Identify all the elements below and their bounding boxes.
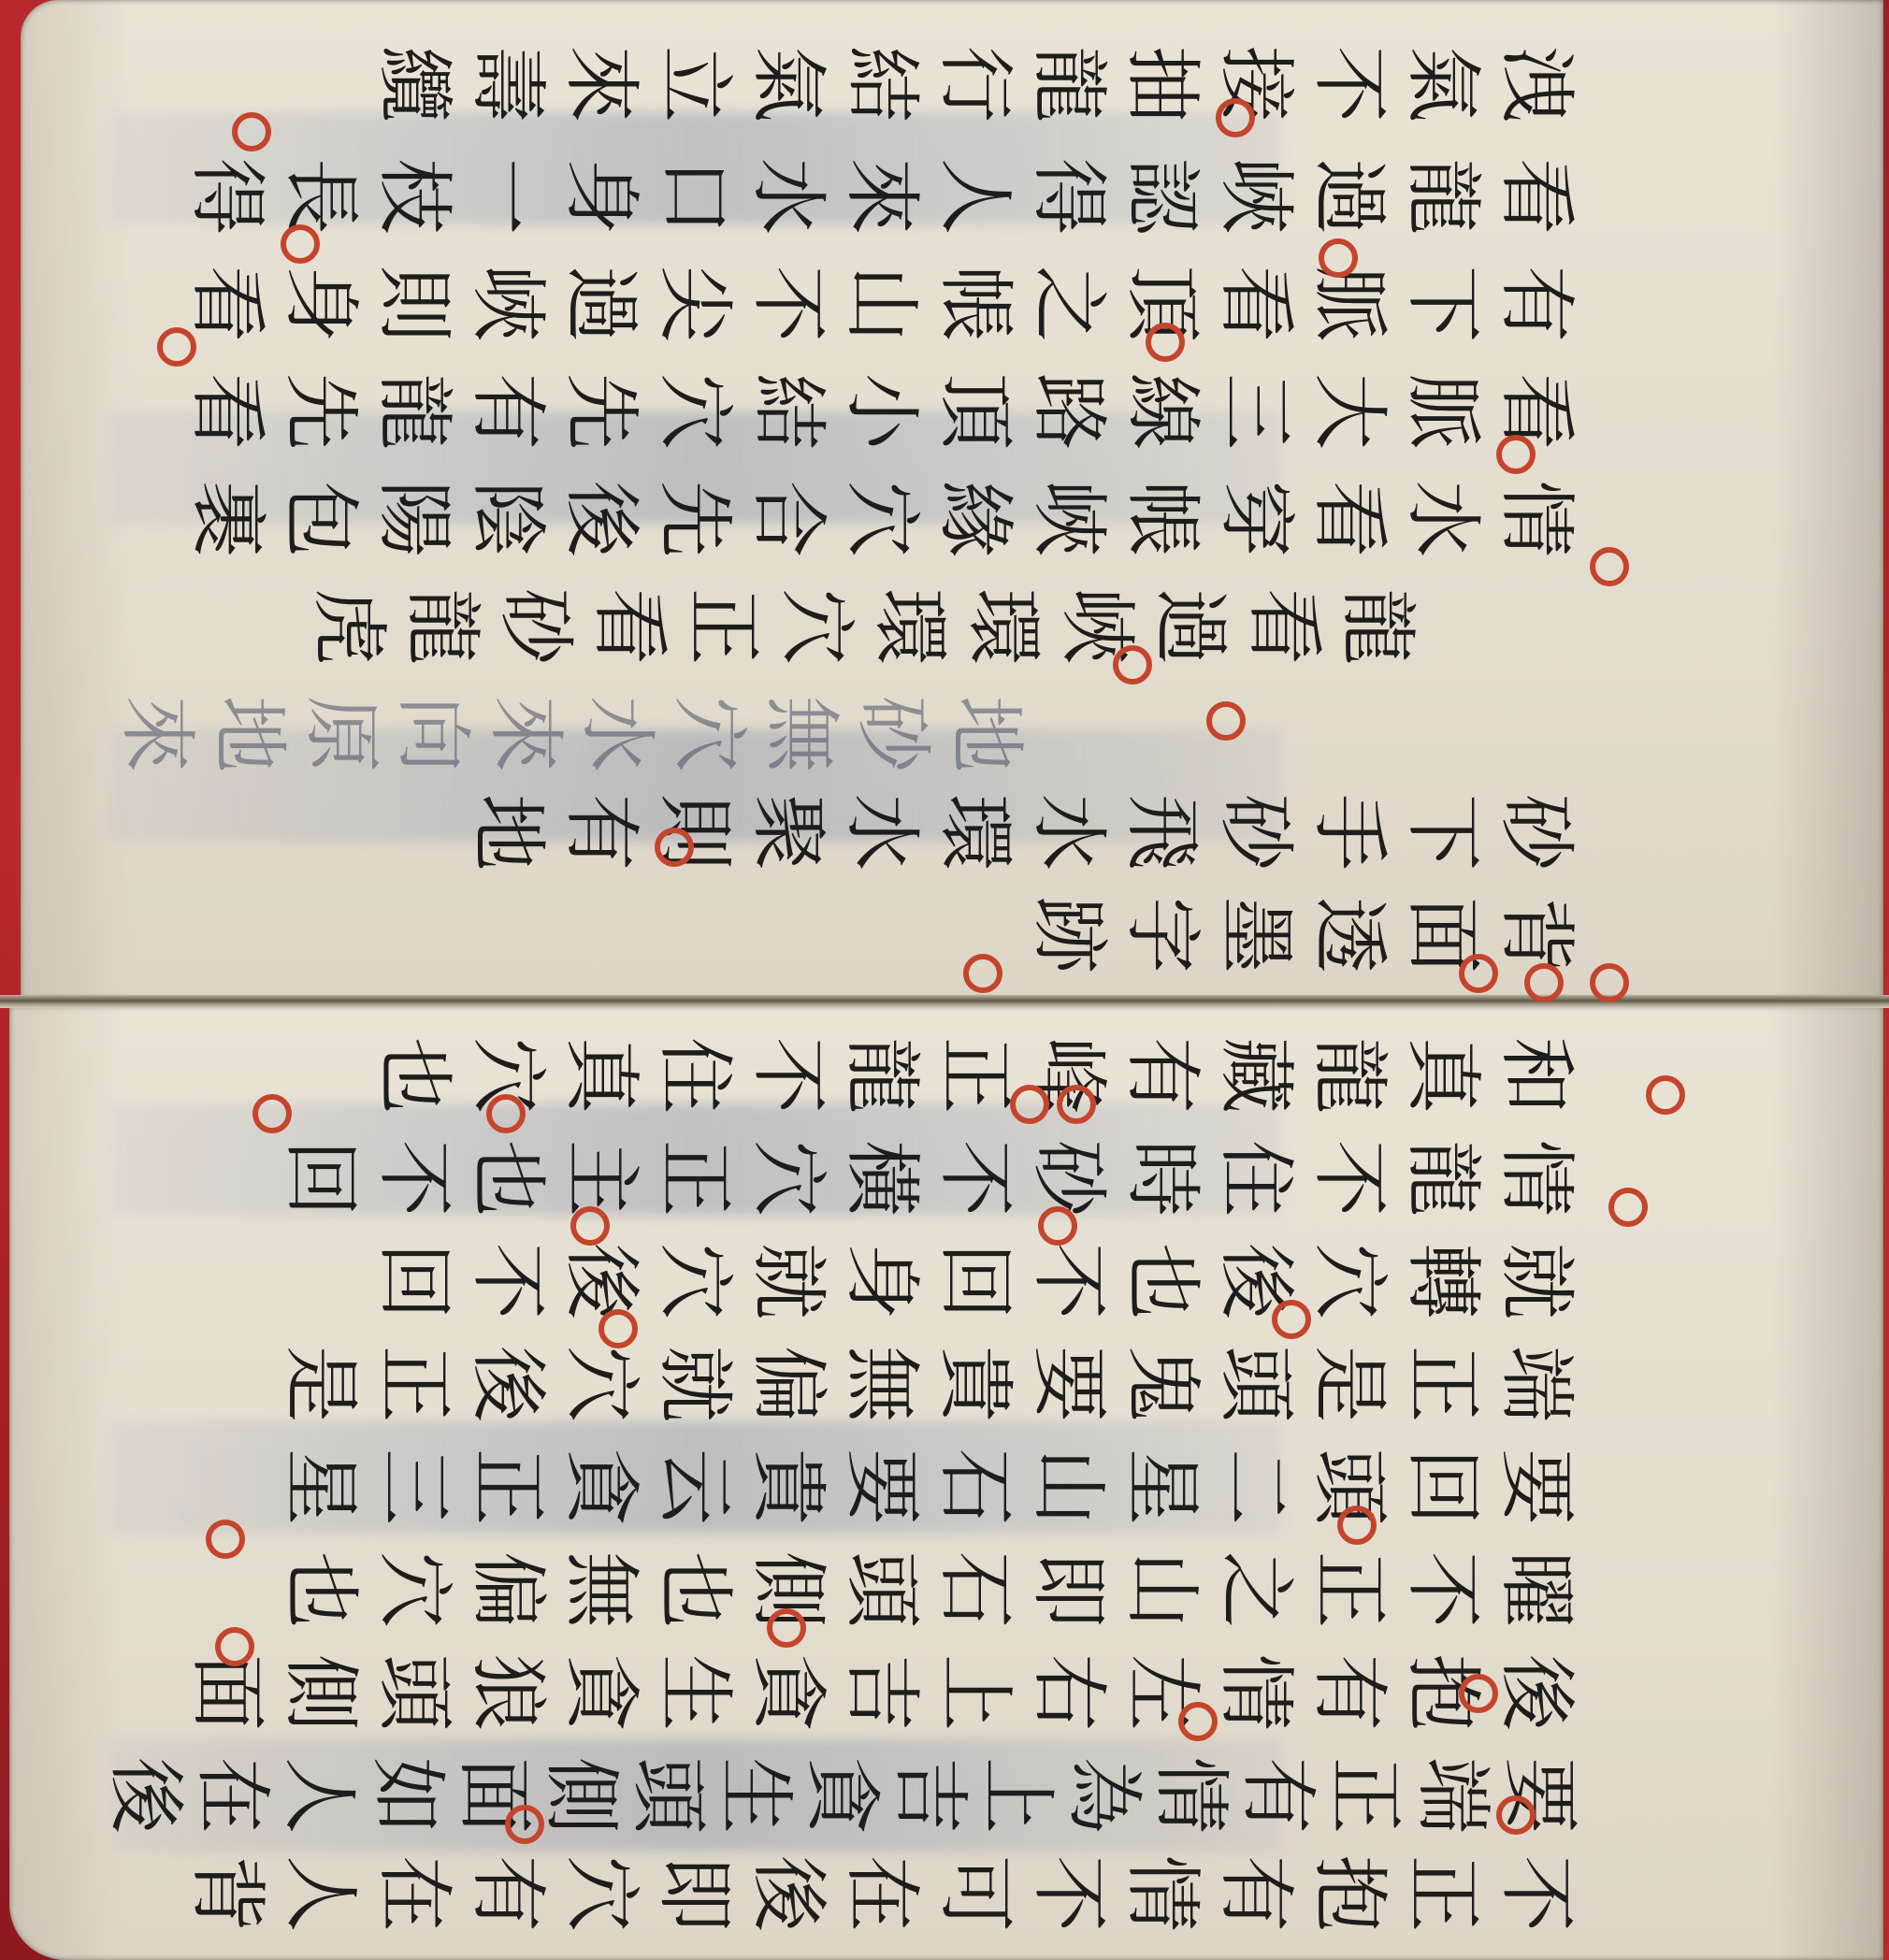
manuscript-character: 行	[930, 39, 1019, 129]
manuscript-character: 側	[275, 1648, 365, 1737]
manuscript-character: 峽	[1023, 474, 1113, 564]
manuscript-character: 砂	[1210, 787, 1300, 877]
manuscript-character: 要	[1491, 1442, 1580, 1532]
manuscript-character: 在	[187, 1753, 277, 1837]
manuscript-character: 情	[1210, 1648, 1300, 1737]
manuscript-character: 看	[181, 259, 271, 349]
manuscript-character: 有	[1210, 1849, 1300, 1938]
manuscript-character: 看	[1238, 582, 1328, 671]
manuscript-character: 端	[1491, 1339, 1580, 1429]
manuscript-character: 水	[743, 151, 832, 241]
manuscript-character: 砂	[1491, 787, 1580, 877]
manuscript-character: 正	[368, 1339, 458, 1429]
manuscript-character: 無	[756, 690, 845, 778]
red-circle-mark	[1206, 701, 1246, 741]
manuscript-character: 山	[1023, 1442, 1113, 1532]
manuscript-character: 氣	[743, 39, 832, 129]
manuscript-character: 星	[275, 1442, 365, 1532]
manuscript-character: 生	[649, 1648, 739, 1737]
manuscript-character: 不	[743, 259, 832, 349]
manuscript-character: 跡	[1023, 890, 1113, 980]
manuscript-character: 有	[1233, 1753, 1322, 1837]
manuscript-character: 龍	[1023, 39, 1113, 129]
red-circle-mark	[1459, 954, 1498, 993]
red-circle-mark	[1319, 238, 1358, 278]
manuscript-character: 有	[555, 787, 645, 877]
manuscript-character: 右	[1023, 1648, 1113, 1737]
text-column: 後抱有情左右上吉貪生貪狼頭側面	[103, 1646, 1580, 1739]
manuscript-character: 人	[930, 151, 1019, 241]
red-circle-mark	[486, 1094, 526, 1133]
manuscript-character: 為	[1059, 1753, 1148, 1837]
manuscript-character: 有	[1304, 1648, 1393, 1737]
manuscript-character: 穴	[368, 1545, 458, 1635]
red-circle-mark	[1590, 547, 1629, 586]
manuscript-character: 聚	[743, 787, 832, 877]
manuscript-character: 口	[649, 151, 739, 241]
manuscript-character: 不	[1023, 1236, 1113, 1326]
manuscript-character: 則	[368, 259, 458, 349]
manuscript-character: 情	[1117, 1849, 1206, 1938]
manuscript-character: 不	[368, 1133, 458, 1223]
manuscript-character: 偏	[462, 1545, 552, 1635]
manuscript-character: 陽	[368, 474, 458, 564]
manuscript-character: 是	[1304, 1339, 1393, 1429]
manuscript-character: 無	[555, 1545, 645, 1635]
manuscript-character: 在	[836, 1849, 926, 1938]
text-column: 情水看穿帳峽緣穴合先後陰陽包裹	[103, 472, 1580, 566]
manuscript-character: 過	[555, 259, 645, 349]
manuscript-character: 真	[1397, 1030, 1487, 1120]
manuscript-character: 一	[462, 151, 552, 241]
manuscript-character: 身	[836, 1236, 926, 1326]
text-column: 洩氣不接抽龍行結氣立來壽纜	[103, 37, 1580, 131]
red-circle-mark	[157, 327, 196, 367]
manuscript-character: 不	[462, 1236, 552, 1326]
manuscript-character: 貪	[743, 1648, 832, 1737]
manuscript-character: 情	[1146, 1753, 1235, 1837]
manuscript-character: 龍	[1332, 582, 1421, 671]
manuscript-character: 先	[555, 367, 645, 456]
manuscript-character: 正	[677, 582, 767, 671]
manuscript-character: 不	[930, 1133, 1019, 1223]
manuscript-character: 穴	[771, 582, 860, 671]
manuscript-character: 也	[1117, 1236, 1206, 1326]
red-circle-mark	[1146, 323, 1185, 362]
text-column: 情龍不住時砂不橫穴正主也不回	[103, 1131, 1580, 1225]
manuscript-character: 即	[649, 1849, 739, 1938]
manuscript-character: 住	[649, 1030, 739, 1120]
manuscript-character: 狼	[462, 1648, 552, 1737]
manuscript-character: 看	[584, 582, 673, 671]
manuscript-character: 透	[1304, 890, 1393, 980]
manuscript-character: 認	[1117, 151, 1206, 241]
red-circle-mark	[1337, 1506, 1377, 1545]
manuscript-character: 住	[1210, 1133, 1300, 1223]
text-column: 看龍過峽認得人來水口身一枝長得	[103, 150, 1580, 243]
manuscript-character: 情	[1491, 1133, 1580, 1223]
manuscript-character: 就	[1491, 1236, 1580, 1326]
text-column: 龍看過峽環環穴正看砂龍虎	[112, 580, 1421, 673]
manuscript-character: 龍	[836, 1030, 926, 1120]
manuscript-character: 後	[462, 1339, 552, 1429]
manuscript-character: 頭	[623, 1753, 713, 1837]
text-column: 有下脈看頂之帳山不尖過峽則身看	[103, 257, 1580, 351]
manuscript-character: 壽	[462, 39, 552, 129]
manuscript-character: 環	[958, 582, 1047, 671]
manuscript-character: 也	[462, 1133, 552, 1223]
manuscript-character: 水	[1023, 787, 1113, 877]
manuscript-character: 就	[743, 1236, 832, 1326]
manuscript-character: 結	[743, 367, 832, 456]
manuscript-character: 正	[1304, 1545, 1393, 1635]
red-circle-mark	[1272, 1300, 1311, 1339]
text-column: 就轉穴後也不回身就穴後不回	[103, 1234, 1580, 1328]
manuscript-character: 穴	[743, 1133, 832, 1223]
manuscript-character: 正	[1319, 1753, 1409, 1837]
manuscript-character: 穴	[555, 1339, 645, 1429]
manuscript-character: 身	[275, 259, 365, 349]
manuscript-character: 環	[930, 787, 1019, 877]
manuscript-character: 後	[555, 474, 645, 564]
manuscript-character: 來	[111, 690, 201, 778]
red-circle-mark	[1113, 645, 1152, 685]
manuscript-character: 不	[1491, 1849, 1580, 1938]
red-circle-mark	[1010, 1085, 1049, 1124]
red-circle-mark	[655, 828, 694, 867]
manuscript-character: 手	[1304, 787, 1393, 877]
manuscript-character: 上	[971, 1753, 1060, 1837]
red-circle-mark	[505, 1805, 544, 1844]
red-circle-mark	[1038, 1206, 1077, 1246]
manuscript-character: 回	[275, 1133, 365, 1223]
text-column: 看脈大三線路頂小結穴先有龍先看	[103, 365, 1580, 458]
manuscript-character: 正	[649, 1133, 739, 1223]
red-circle-mark	[570, 1206, 610, 1246]
red-circle-mark	[963, 954, 1002, 993]
manuscript-character: 和	[1491, 1030, 1580, 1120]
red-circle-mark	[252, 1094, 292, 1133]
manuscript-character: 有	[462, 367, 552, 456]
manuscript-character: 上	[930, 1648, 1019, 1737]
red-circle-mark	[1216, 98, 1255, 137]
manuscript-character: 真	[555, 1030, 645, 1120]
manuscript-character: 頭	[368, 1648, 458, 1737]
manuscript-character: 二	[1210, 1442, 1300, 1532]
manuscript-character: 時	[1117, 1133, 1206, 1223]
red-circle-mark	[232, 112, 271, 151]
manuscript-character: 帳	[930, 259, 1019, 349]
manuscript-character: 貴	[743, 1442, 832, 1532]
manuscript-character: 得	[181, 151, 271, 241]
manuscript-character: 正	[462, 1442, 552, 1532]
manuscript-character: 穴	[664, 690, 754, 778]
red-circle-mark	[215, 1627, 254, 1666]
manuscript-character: 三	[368, 1442, 458, 1532]
manuscript-character: 大	[1304, 367, 1393, 456]
manuscript-character: 墨	[1210, 890, 1300, 980]
manuscript-character: 地	[462, 787, 552, 877]
manuscript-character: 脈	[1397, 367, 1487, 456]
red-circle-mark	[598, 1309, 638, 1348]
manuscript-character: 抱	[1304, 1849, 1393, 1938]
manuscript-character: 頂	[930, 367, 1019, 456]
manuscript-character: 來	[555, 39, 645, 129]
manuscript-character: 水	[836, 787, 926, 877]
manuscript-character: 回	[368, 1236, 458, 1326]
manuscript-character: 穴	[555, 1849, 645, 1938]
red-circle-mark	[206, 1520, 245, 1559]
manuscript-character: 龍	[1397, 1133, 1487, 1223]
manuscript-character: 背	[181, 1849, 271, 1938]
manuscript-character: 人	[275, 1849, 365, 1938]
manuscript-character: 是	[275, 1339, 365, 1429]
manuscript-character: 陰	[462, 474, 552, 564]
manuscript-character: 飛	[1117, 787, 1206, 877]
manuscript-character: 橫	[836, 1133, 926, 1223]
red-circle-mark	[1590, 963, 1629, 1002]
manuscript-character: 回	[1397, 1442, 1487, 1532]
manuscript-character: 先	[649, 474, 739, 564]
manuscript-character: 石	[930, 1442, 1019, 1532]
manuscript-character: 結	[836, 39, 926, 129]
manuscript-character: 不	[1304, 39, 1393, 129]
manuscript-character: 看	[1304, 474, 1393, 564]
manuscript-character: 正	[1397, 1339, 1487, 1429]
manuscript-character: 枝	[368, 151, 458, 241]
manuscript-character: 轉	[1397, 1236, 1487, 1326]
manuscript-character: 穴	[649, 367, 739, 456]
red-circle-mark	[1646, 1075, 1685, 1115]
manuscript-character: 端	[1406, 1753, 1496, 1837]
manuscript-character: 合	[743, 474, 832, 564]
manuscript-character: 看	[1210, 259, 1300, 349]
manuscript-character: 山	[1117, 1545, 1206, 1635]
manuscript-character: 不	[1397, 1545, 1487, 1635]
manuscript-character: 情	[1491, 474, 1580, 564]
manuscript-character: 有	[1491, 259, 1580, 349]
manuscript-character: 氣	[1397, 39, 1487, 129]
manuscript-character: 下	[1397, 259, 1487, 349]
red-circle-mark	[767, 1608, 806, 1648]
manuscript-character: 穴	[649, 1236, 739, 1326]
manuscript-character: 字	[1117, 890, 1206, 980]
manuscript-character: 即	[1023, 1545, 1113, 1635]
manuscript-character: 洩	[1491, 39, 1580, 129]
manuscript-character: 偏	[743, 1339, 832, 1429]
manuscript-character: 貪	[555, 1442, 645, 1532]
manuscript-character: 虎	[303, 582, 393, 671]
manuscript-character: 不	[1023, 1849, 1113, 1938]
manuscript-character: 也	[368, 1030, 458, 1120]
manuscript-character: 水	[571, 690, 661, 778]
red-circle-mark	[1459, 1674, 1498, 1713]
manuscript-character: 砂	[847, 690, 937, 778]
manuscript-character: 貪	[797, 1753, 887, 1837]
manuscript-character: 如	[361, 1753, 451, 1837]
manuscript-character: 頭	[1210, 1339, 1300, 1429]
manuscript-character: 下	[1397, 787, 1487, 877]
manuscript-character: 帳	[1117, 474, 1206, 564]
manuscript-character: 生	[710, 1753, 800, 1837]
manuscript-character: 過	[1145, 582, 1234, 671]
manuscript-character: 有	[462, 1849, 552, 1938]
manuscript-character: 山	[836, 259, 926, 349]
manuscript-character: 星	[1117, 1442, 1206, 1532]
manuscript-character: 線	[1117, 367, 1206, 456]
manuscript-character: 峽	[1210, 151, 1300, 241]
manuscript-character: 龍	[397, 582, 486, 671]
manuscript-character: 吉	[884, 1753, 973, 1837]
red-circle-mark	[281, 224, 320, 264]
manuscript-character: 之	[1210, 1545, 1300, 1635]
manuscript-character: 有	[1117, 1030, 1206, 1120]
manuscript-character: 抽	[1117, 39, 1206, 129]
manuscript-character: 地	[940, 690, 1030, 778]
manuscript-character: 峽	[462, 259, 552, 349]
manuscript-character: 小	[836, 367, 926, 456]
manuscript-character: 三	[1210, 367, 1300, 456]
manuscript-character: 緣	[930, 474, 1019, 564]
manuscript-character: 側	[536, 1753, 626, 1837]
red-circle-mark	[1496, 435, 1536, 474]
manuscript-character: 裹	[181, 474, 271, 564]
text-column: 不正抱有情不可在後即穴有在人背	[103, 1847, 1580, 1940]
manuscript-character: 看	[1491, 151, 1580, 241]
manuscript-character: 不	[1304, 1133, 1393, 1223]
manuscript-character: 回	[930, 1236, 1019, 1326]
red-circle-mark	[1496, 1795, 1536, 1835]
manuscript-character: 穿	[1210, 474, 1300, 564]
manuscript-character: 地	[204, 690, 294, 778]
manuscript-character: 在	[368, 1849, 458, 1938]
manuscript-character: 原	[296, 690, 385, 778]
manuscript-character: 後	[1491, 1648, 1580, 1737]
manuscript-character: 也	[649, 1545, 739, 1635]
manuscript-character: 龍	[368, 367, 458, 456]
text-column: 背面透墨字跡	[103, 888, 1580, 982]
manuscript-character: 鬼	[1117, 1339, 1206, 1429]
manuscript-character: 藏	[1210, 1030, 1300, 1120]
manuscript-character: 砂	[490, 582, 580, 671]
manuscript-character: 向	[387, 690, 477, 778]
manuscript-character: 可	[930, 1849, 1019, 1938]
manuscript-character: 吉	[836, 1648, 926, 1737]
manuscript-character: 正	[930, 1030, 1019, 1120]
manuscript-character: 穴	[1304, 1236, 1393, 1326]
manuscript-character: 就	[649, 1339, 739, 1429]
text-column: 地砂無穴水來向原地來	[112, 687, 1029, 781]
text-column: 曜不正之山即石頭側也無偏穴也	[103, 1543, 1580, 1636]
text-column: 砂下手砂飛水環水聚則有地	[103, 785, 1580, 879]
manuscript-character: 立	[649, 39, 739, 129]
manuscript-character: 路	[1023, 367, 1113, 456]
manuscript-character: 龍	[1397, 151, 1487, 241]
red-circle-mark	[1057, 1085, 1096, 1124]
manuscript-character: 纜	[368, 39, 458, 129]
red-circle-mark	[1608, 1188, 1648, 1227]
manuscript-character: 貪	[555, 1648, 645, 1737]
manuscript-character: 龍	[1304, 1030, 1393, 1120]
red-circle-mark	[1524, 963, 1564, 1002]
manuscript-character: 環	[864, 582, 954, 671]
manuscript-character: 過	[1304, 151, 1393, 241]
text-column: 要端正有情為上吉貪生頭側面如人在後	[103, 1749, 1580, 1842]
manuscript-character: 頭	[836, 1545, 926, 1635]
manuscript-character: 來	[836, 151, 926, 241]
manuscript-character: 石	[930, 1545, 1019, 1635]
manuscript-character: 之	[1023, 259, 1113, 349]
manuscript-character: 來	[480, 690, 570, 778]
manuscript-character: 云	[649, 1442, 739, 1532]
manuscript-character: 人	[274, 1753, 364, 1837]
manuscript-character: 尖	[649, 259, 739, 349]
manuscript-character: 後	[555, 1236, 645, 1326]
manuscript-character: 穴	[836, 474, 926, 564]
text-column: 和真龍藏有峰正龍不住真穴也	[103, 1029, 1580, 1122]
manuscript-character: 也	[275, 1545, 365, 1635]
manuscript-character: 看	[181, 367, 271, 456]
manuscript-character: 先	[275, 367, 365, 456]
manuscript-character: 貴	[930, 1339, 1019, 1429]
manuscript-character: 後	[743, 1849, 832, 1938]
manuscript-character: 正	[1397, 1849, 1487, 1938]
manuscript-character: 包	[275, 474, 365, 564]
manuscript-character: 後	[100, 1753, 190, 1837]
manuscript-character: 不	[743, 1030, 832, 1120]
manuscript-character: 無	[836, 1339, 926, 1429]
red-circle-mark	[1178, 1702, 1218, 1741]
manuscript-character: 要	[836, 1442, 926, 1532]
manuscript-character: 曜	[1491, 1545, 1580, 1635]
manuscript-character: 身	[555, 151, 645, 241]
manuscript-character: 要	[1023, 1339, 1113, 1429]
manuscript-character: 得	[1023, 151, 1113, 241]
manuscript-character: 水	[1397, 474, 1487, 564]
text-column: 端正是頭鬼要貴無偏就穴後正是	[103, 1337, 1580, 1431]
